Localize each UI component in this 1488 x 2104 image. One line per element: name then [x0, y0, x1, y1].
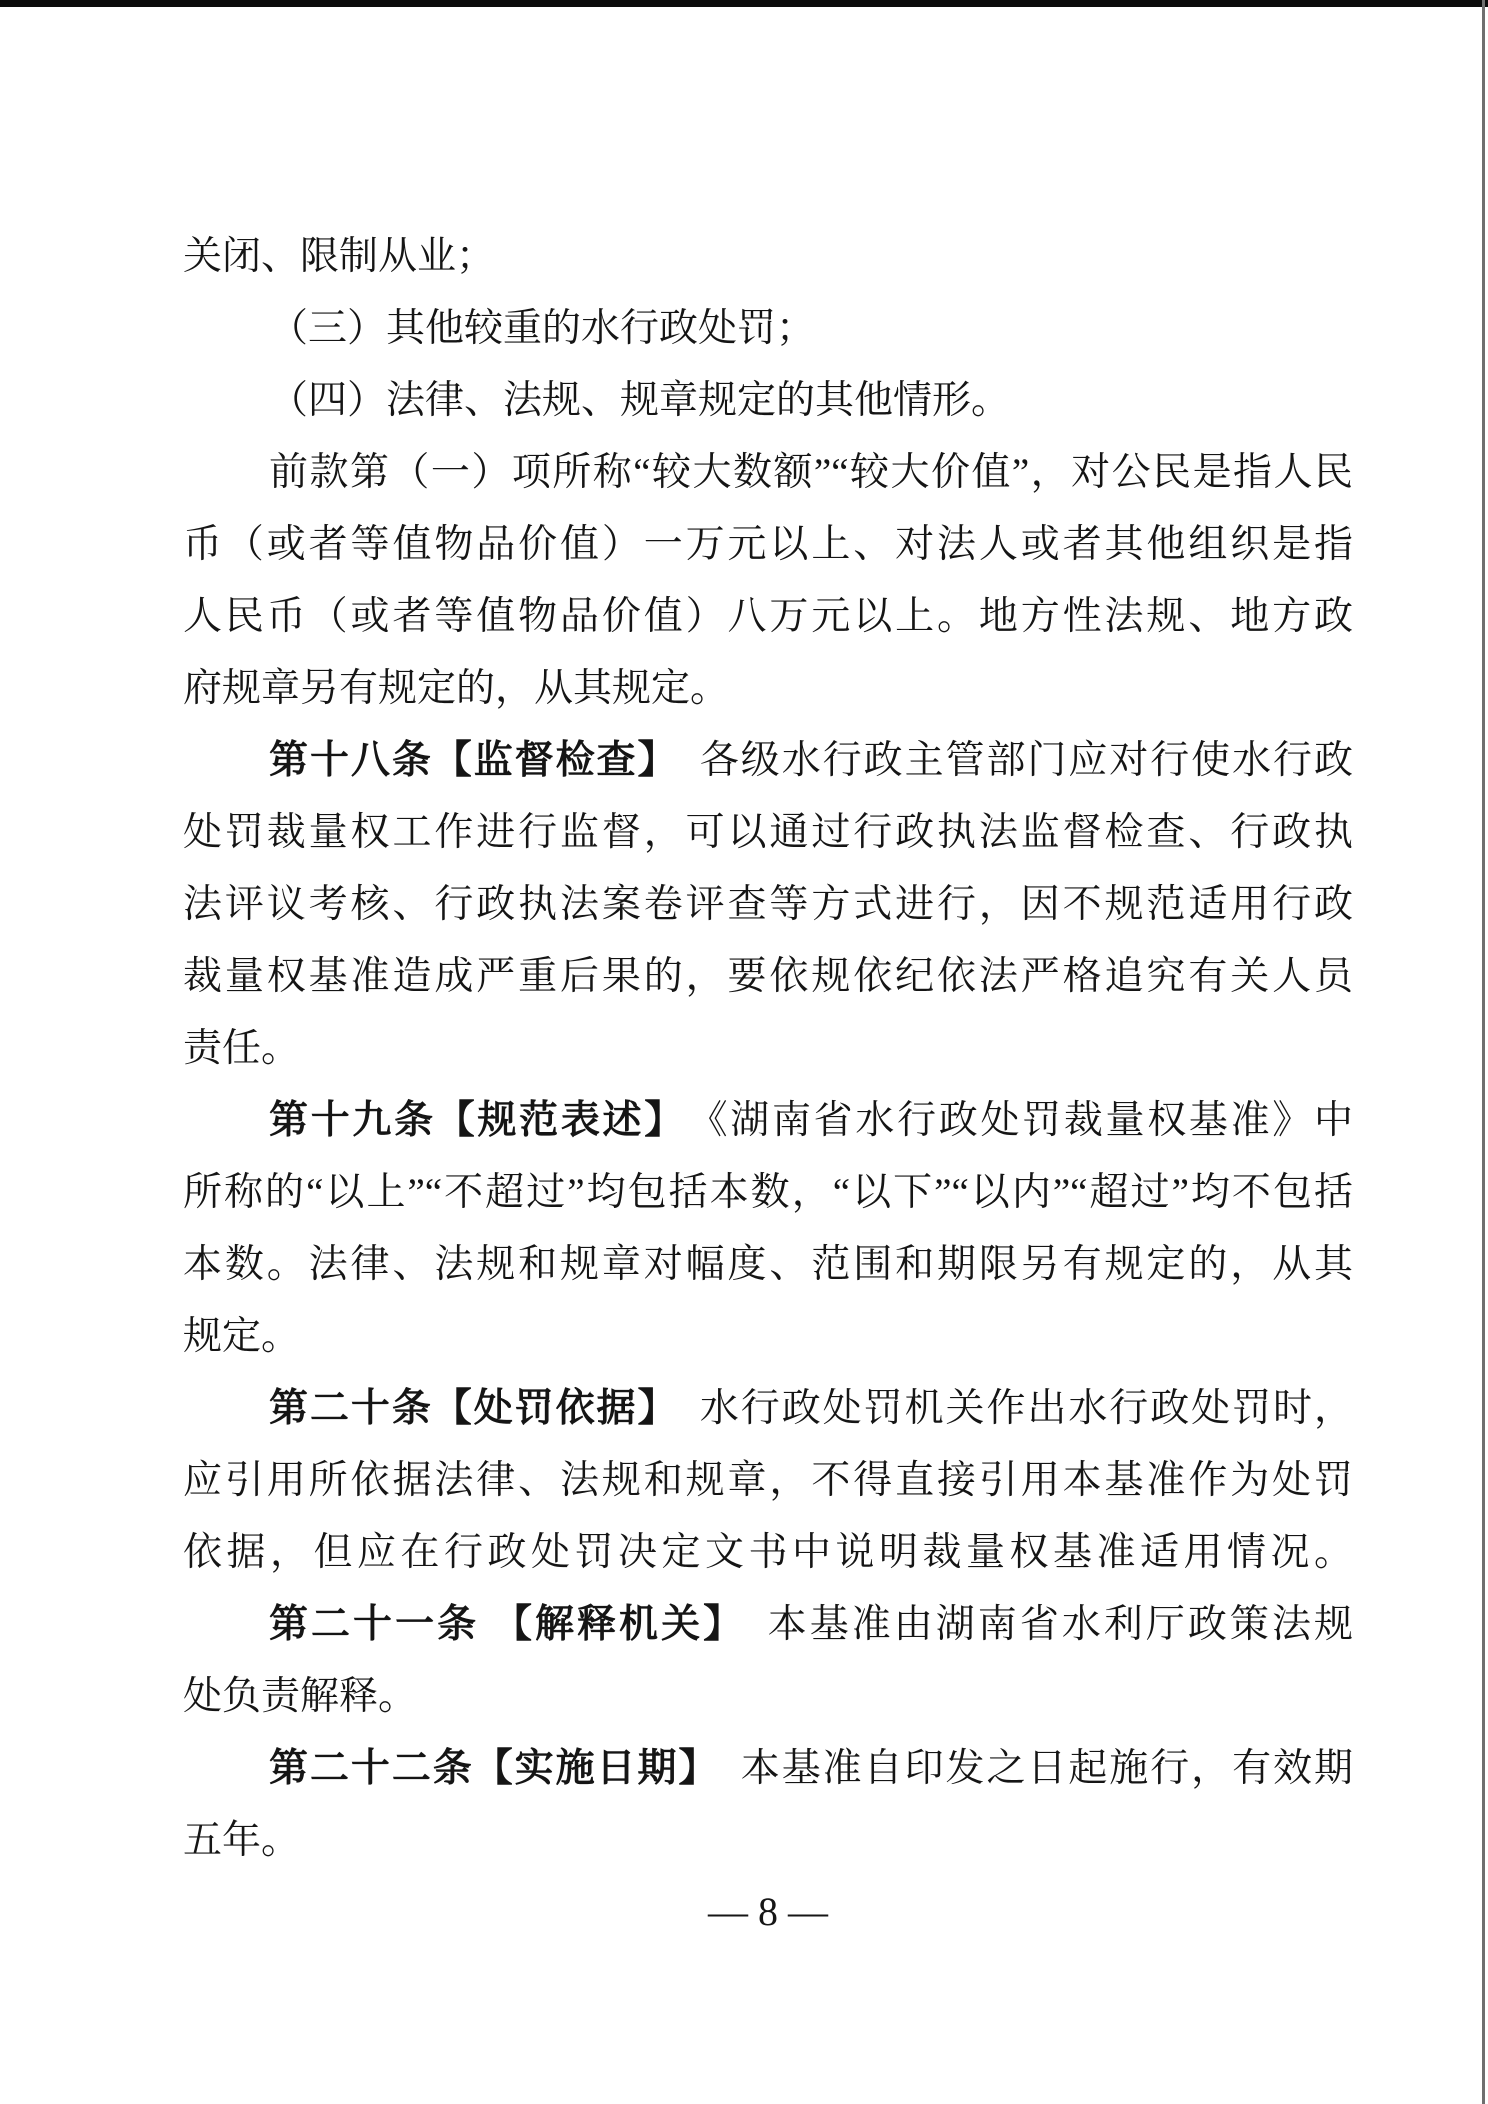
text-line: 处罚裁量权工作进行监督，可以通过行政执法监督检查、行政执 [183, 797, 1353, 869]
text-line: 第十九条【规范表述】 《湖南省水行政处罚裁量权基准》中 [183, 1085, 1353, 1157]
text-line: 第十八条【监督检查】 各级水行政主管部门应对行使水行政 [183, 725, 1353, 797]
article-heading: 第十八条【监督检查】 [269, 739, 659, 782]
body-text: 应引用所依据法律、法规和规章，不得直接引用本基准作为处罚 [183, 1459, 1353, 1502]
body-text: 处罚裁量权工作进行监督，可以通过行政执法监督检查、行政执 [183, 811, 1353, 854]
body-text: 关闭、限制从业； [183, 235, 495, 278]
body-text: 人民币（或者等值物品价值）八万元以上。地方性法规、地方政 [183, 595, 1353, 638]
text-line: 裁量权基准造成严重后果的，要依规依纪依法严格追究有关人员 [183, 941, 1353, 1013]
text-line: 责任。 [183, 1013, 1353, 1085]
text-line: 前款第（一）项所称“较大数额”“较大价值”，对公民是指人民 [183, 437, 1353, 509]
text-line: 依据，但应在行政处罚决定文书中说明裁量权基准适用情况。 [183, 1517, 1353, 1589]
body-text: 处负责解释。 [183, 1675, 417, 1718]
article-heading: 第二十二条【实施日期】 [269, 1747, 700, 1790]
body-text: 本数。法律、法规和规章对幅度、范围和期限另有规定的，从其 [183, 1243, 1353, 1286]
body-text: 各级水行政主管部门应对行使水行政 [659, 739, 1353, 782]
text-line: 应引用所依据法律、法规和规章，不得直接引用本基准作为处罚 [183, 1445, 1353, 1517]
text-line: 处负责解释。 [183, 1661, 1353, 1733]
page-number: — 8 — [183, 1888, 1353, 1936]
article-heading: 第十九条【规范表述】 [269, 1099, 666, 1142]
text-line: 第二十条【处罚依据】 水行政处罚机关作出水行政处罚时， [183, 1373, 1353, 1445]
text-line: （三）其他较重的水行政处罚； [183, 293, 1353, 365]
body-text: 府规章另有规定的，从其规定。 [183, 667, 729, 710]
article-heading: 第二十条【处罚依据】 [269, 1387, 659, 1430]
body-text: 法评议考核、行政执法案卷评查等方式进行，因不规范适用行政 [183, 883, 1353, 926]
text-line: 规定。 [183, 1301, 1353, 1373]
body-text: 前款第（一）项所称“较大数额”“较大价值”，对公民是指人民 [269, 451, 1353, 494]
text-line: 币（或者等值物品价值）一万元以上、对法人或者其他组织是指 [183, 509, 1353, 581]
scan-border-right [1482, 0, 1485, 2104]
body-text: 所称的“以上”“不超过”均包括本数，“以下”“以内”“超过”均不包括 [183, 1171, 1353, 1214]
body-text: 依据，但应在行政处罚决定文书中说明裁量权基准适用情况。 [183, 1531, 1353, 1574]
text-line: 府规章另有规定的，从其规定。 [183, 653, 1353, 725]
body-text: 五年。 [183, 1819, 300, 1862]
text-line: 所称的“以上”“不超过”均包括本数，“以下”“以内”“超过”均不包括 [183, 1157, 1353, 1229]
body-text: （三）其他较重的水行政处罚； [269, 307, 815, 350]
body-text: 责任。 [183, 1027, 300, 1070]
body-text: 币（或者等值物品价值）一万元以上、对法人或者其他组织是指 [183, 523, 1353, 566]
body-text: 本基准自印发之日起施行，有效期 [700, 1747, 1353, 1790]
text-line: 人民币（或者等值物品价值）八万元以上。地方性法规、地方政 [183, 581, 1353, 653]
document-body-text: 关闭、限制从业；（三）其他较重的水行政处罚；（四）法律、法规、规章规定的其他情形… [183, 221, 1353, 1877]
text-line: 关闭、限制从业； [183, 221, 1353, 293]
text-line: 法评议考核、行政执法案卷评查等方式进行，因不规范适用行政 [183, 869, 1353, 941]
text-line: 五年。 [183, 1805, 1353, 1877]
body-text: 规定。 [183, 1315, 300, 1358]
text-line: 本数。法律、法规和规章对幅度、范围和期限另有规定的，从其 [183, 1229, 1353, 1301]
scan-border-top [0, 0, 1488, 7]
text-line: 第二十二条【实施日期】 本基准自印发之日起施行，有效期 [183, 1733, 1353, 1805]
body-text: 水行政处罚机关作出水行政处罚时， [659, 1387, 1353, 1430]
body-text: 《湖南省水行政处罚裁量权基准》中 [666, 1099, 1353, 1142]
text-line: （四）法律、法规、规章规定的其他情形。 [183, 365, 1353, 437]
document-page: { "page": { "footer": "— 8 —" }, "lines"… [0, 0, 1488, 2104]
text-line: 第二十一条 【解释机关】 本基准由湖南省水利厅政策法规 [183, 1589, 1353, 1661]
body-text: 本基准由湖南省水利厅政策法规 [726, 1603, 1353, 1646]
body-text: （四）法律、法规、规章规定的其他情形。 [269, 379, 1010, 422]
body-text: 裁量权基准造成严重后果的，要依规依纪依法严格追究有关人员 [183, 955, 1353, 998]
article-heading: 第二十一条 【解释机关】 [269, 1603, 726, 1646]
